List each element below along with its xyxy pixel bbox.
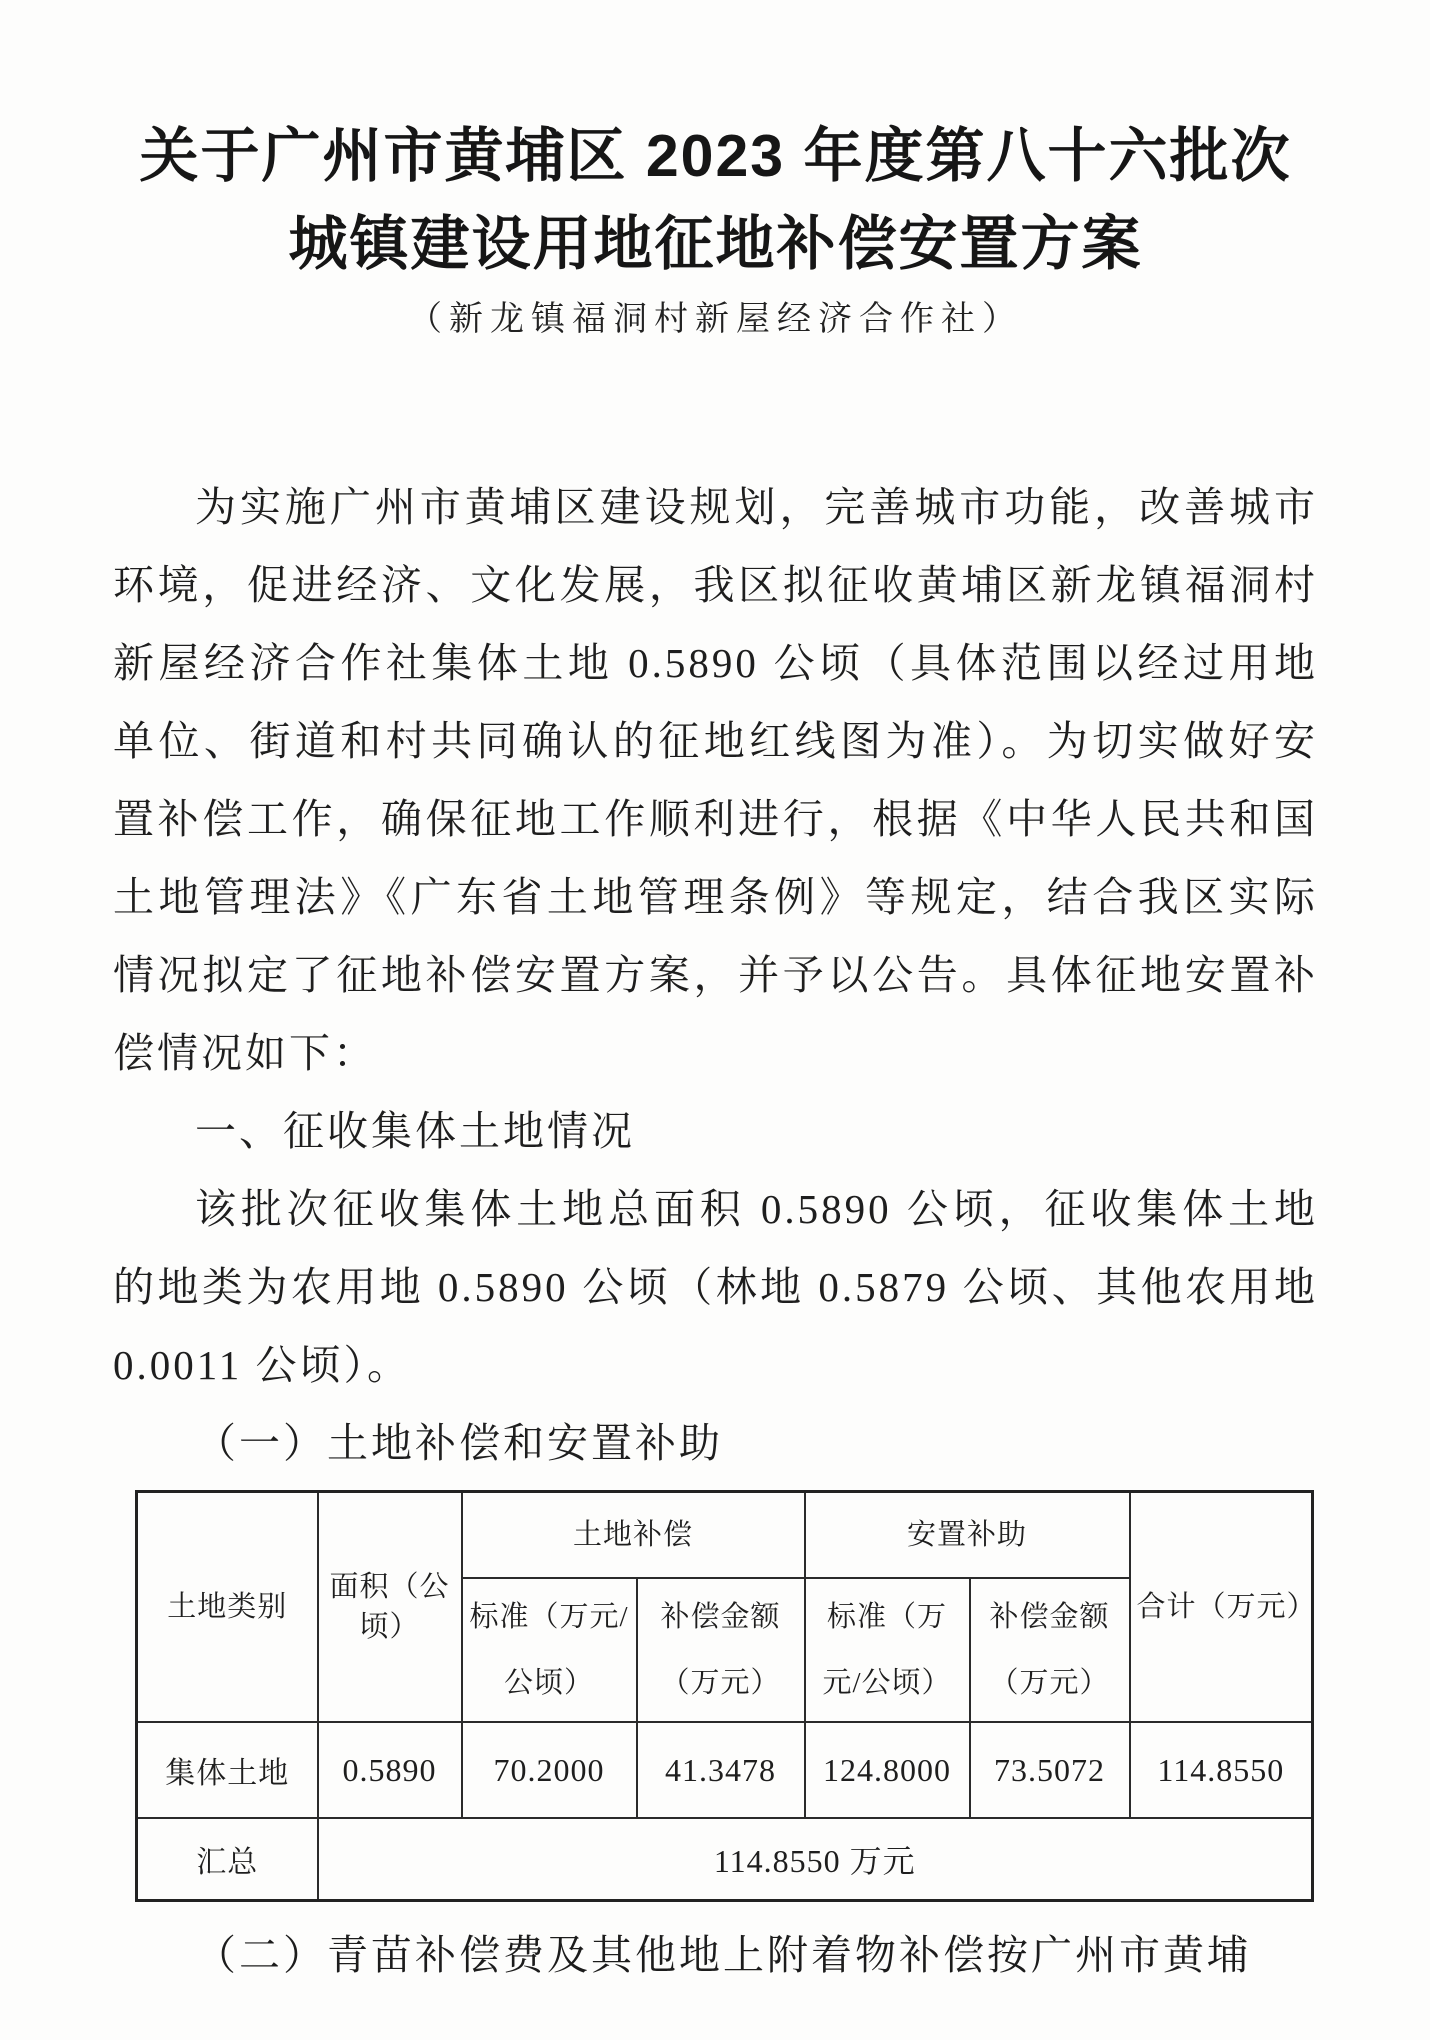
document-subtitle: （新龙镇福洞村新屋经济合作社） <box>113 290 1318 350</box>
compensation-table: 土地类别 面积（公顷） 土地补偿 安置补助 合计（万元） 标准（万元/公顷） 补… <box>135 1490 1314 1902</box>
section-heading-1: 一、征收集体土地情况 <box>113 1092 1318 1170</box>
document-body: 为实施广州市黄埔区建设规划，完善城市功能，改善城市环境，促进经济、文化发展，我区… <box>113 468 1318 1482</box>
summary-value: 114.8550 万元 <box>318 1818 1313 1901</box>
header-resettle-amount: 补偿金额（万元） <box>970 1578 1130 1722</box>
table-row-collective-land: 集体土地 0.5890 70.2000 41.3478 124.8000 73.… <box>137 1722 1313 1818</box>
cell-area: 0.5890 <box>318 1722 462 1818</box>
header-resettle-standard: 标准（万元/公顷） <box>805 1578 970 1722</box>
header-area: 面积（公顷） <box>318 1492 462 1723</box>
header-resettlement-group: 安置补助 <box>805 1492 1130 1579</box>
cell-resettle-amount: 73.5072 <box>970 1722 1130 1818</box>
title-line-2: 城镇建设用地征地补偿安置方案 <box>113 200 1318 288</box>
title-line-1: 关于广州市黄埔区 2023 年度第八十六批次 <box>113 112 1318 200</box>
section-heading-1-2: （二）青苗补偿费及其他地上附着物补偿按广州市黄埔 <box>113 1916 1318 1994</box>
header-land-standard: 标准（万元/公顷） <box>462 1578 637 1722</box>
cell-resettle-standard: 124.8000 <box>805 1722 970 1818</box>
header-total: 合计（万元） <box>1130 1492 1313 1723</box>
scanned-document-page: 关于广州市黄埔区 2023 年度第八十六批次 城镇建设用地征地补偿安置方案 （新… <box>0 0 1430 2040</box>
header-land-amount: 补偿金额（万元） <box>637 1578 805 1722</box>
header-land-compensation-group: 土地补偿 <box>462 1492 805 1579</box>
cell-land-standard: 70.2000 <box>462 1722 637 1818</box>
paragraph-intro: 为实施广州市黄埔区建设规划，完善城市功能，改善城市环境，促进经济、文化发展，我区… <box>113 468 1318 1092</box>
document-content: 关于广州市黄埔区 2023 年度第八十六批次 城镇建设用地征地补偿安置方案 （新… <box>113 0 1318 2035</box>
cell-land-type: 集体土地 <box>137 1722 318 1818</box>
header-land-type: 土地类别 <box>137 1492 318 1723</box>
table-row-summary: 汇总 114.8550 万元 <box>137 1818 1313 1901</box>
paragraph-land-area: 该批次征收集体土地总面积 0.5890 公顷，征收集体土地的地类为农用地 0.5… <box>113 1170 1318 1404</box>
summary-label: 汇总 <box>137 1818 318 1901</box>
cell-land-amount: 41.3478 <box>637 1722 805 1818</box>
document-title: 关于广州市黄埔区 2023 年度第八十六批次 城镇建设用地征地补偿安置方案 <box>113 112 1318 288</box>
cell-total: 114.8550 <box>1130 1722 1313 1818</box>
section-heading-1-1: （一）土地补偿和安置补助 <box>113 1404 1318 1482</box>
